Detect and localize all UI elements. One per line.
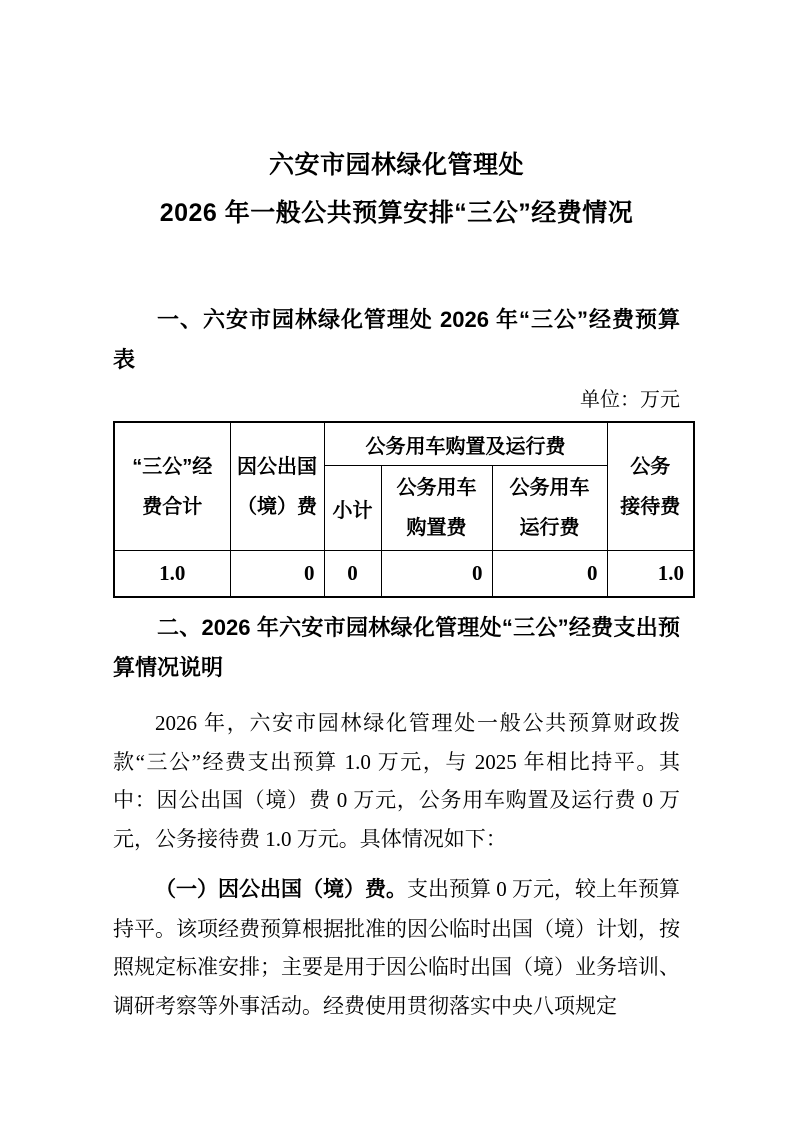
- table-header-reception-line2: 接待费: [608, 487, 694, 527]
- table-header-abroad: 因公出国 （境）费: [230, 422, 324, 551]
- table-header-total-line1: “三公”经: [115, 447, 230, 487]
- table-header-abroad-line2: （境）费: [231, 487, 324, 527]
- cell-operation-value: 0: [492, 551, 607, 598]
- table-header-total: “三公”经 费合计: [114, 422, 230, 551]
- document-page: 六安市园林绿化管理处 2026 年一般公共预算安排“三公”经费情况 一、六安市园…: [0, 0, 793, 1122]
- section2-heading: 二、2026 年六安市园林绿化管理处“三公”经费支出预算情况说明: [113, 608, 680, 688]
- table-header-reception-line1: 公务: [608, 447, 694, 487]
- doc-title-line1: 六安市园林绿化管理处: [113, 148, 680, 182]
- doc-title-line2: 2026 年一般公共预算安排“三公”经费情况: [113, 196, 680, 230]
- cell-reception-value: 1.0: [607, 551, 694, 598]
- unit-label: 单位：万元: [113, 386, 680, 414]
- table-header-total-line2: 费合计: [115, 487, 230, 527]
- cell-abroad-value: 0: [230, 551, 324, 598]
- table-header-purchase: 公务用车 购置费: [381, 466, 492, 551]
- table-header-reception: 公务 接待费: [607, 422, 694, 551]
- table-header-operation-line1: 公务用车: [493, 468, 607, 508]
- budget-table: “三公”经 费合计 因公出国 （境）费 公务用车购置及运行费 公务 接待费 小计…: [113, 421, 695, 598]
- paragraph-abroad-lead: （一）因公出国（境）费。: [155, 878, 407, 901]
- table-header-purchase-line2: 购置费: [382, 508, 492, 548]
- cell-total-value: 1.0: [114, 551, 230, 598]
- table-header-abroad-line1: 因公出国: [231, 447, 324, 487]
- paragraph-abroad: （一）因公出国（境）费。支出预算 0 万元，较上年预算持平。该项经费预算根据批准…: [113, 870, 680, 1025]
- cell-purchase-value: 0: [381, 551, 492, 598]
- table-header-purchase-line1: 公务用车: [382, 468, 492, 508]
- table-header-subtotal: 小计: [324, 466, 381, 551]
- table-header-operation: 公务用车 运行费: [492, 466, 607, 551]
- table-header-operation-line2: 运行费: [493, 508, 607, 548]
- cell-subtotal-value: 0: [324, 551, 381, 598]
- table-data-row: 1.0 0 0 0 0 1.0: [114, 551, 694, 598]
- section1-heading: 一、六安市园林绿化管理处 2026 年“三公”经费预算表: [113, 300, 680, 380]
- table-header-vehicle-group: 公务用车购置及运行费: [324, 422, 607, 466]
- paragraph-overview: 2026 年，六安市园林绿化管理处一般公共预算财政拨款“三公”经费支出预算 1.…: [113, 704, 680, 858]
